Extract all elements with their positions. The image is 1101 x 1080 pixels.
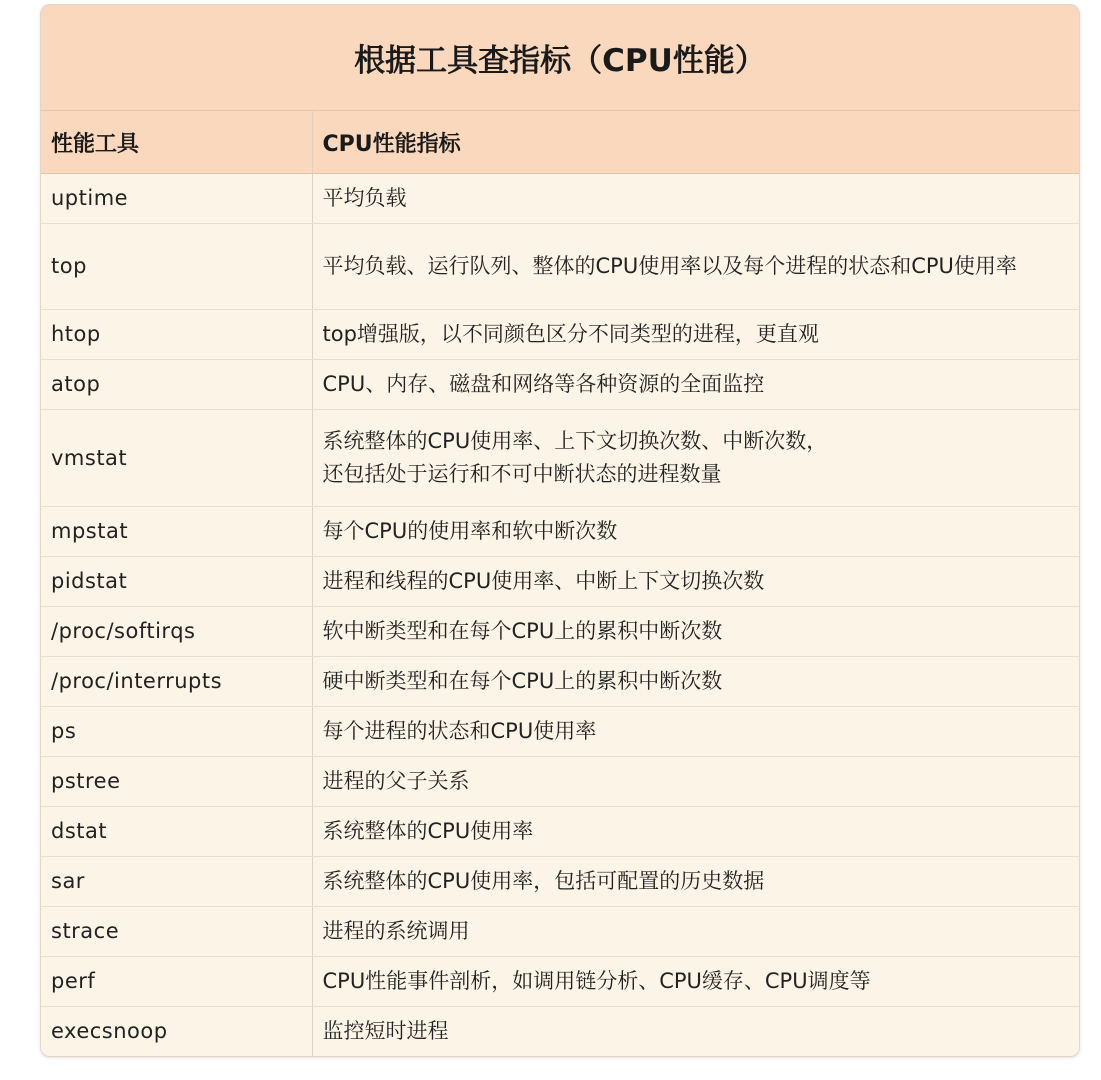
table-row: pstree进程的父子关系: [41, 757, 1079, 807]
table-row: /proc/interrupts硬中断类型和在每个CPU上的累积中断次数: [41, 657, 1079, 707]
metric-cell: 进程的系统调用: [312, 907, 1079, 957]
metric-cell: 监控短时进程: [312, 1007, 1079, 1057]
column-header-tool: 性能工具: [41, 111, 312, 174]
tool-name-cell: execsnoop: [41, 1007, 312, 1057]
table-row: atopCPU、内存、磁盘和网络等各种资源的全面监控: [41, 360, 1079, 410]
header-row: 性能工具 CPU性能指标: [41, 111, 1079, 174]
table-row: execsnoop监控短时进程: [41, 1007, 1079, 1057]
metric-cell: 每个进程的状态和CPU使用率: [312, 707, 1079, 757]
tool-name-cell: /proc/interrupts: [41, 657, 312, 707]
metric-cell: 系统整体的CPU使用率、上下文切换次数、中断次数， 还包括处于运行和不可中断状态…: [312, 410, 1079, 507]
cpu-tools-table: 性能工具 CPU性能指标 uptime平均负载top平均负载、运行队列、整体的C…: [41, 111, 1079, 1056]
table-row: vmstat系统整体的CPU使用率、上下文切换次数、中断次数， 还包括处于运行和…: [41, 410, 1079, 507]
table-row: htoptop增强版，以不同颜色区分不同类型的进程，更直观: [41, 310, 1079, 360]
tool-name-cell: ps: [41, 707, 312, 757]
table-row: mpstat每个CPU的使用率和软中断次数: [41, 507, 1079, 557]
metric-cell: 平均负载、运行队列、整体的CPU使用率以及每个进程的状态和CPU使用率: [312, 224, 1079, 310]
tool-name-cell: vmstat: [41, 410, 312, 507]
tool-name-cell: dstat: [41, 807, 312, 857]
metric-cell: 每个CPU的使用率和软中断次数: [312, 507, 1079, 557]
metric-cell: 进程的父子关系: [312, 757, 1079, 807]
metric-cell: CPU、内存、磁盘和网络等各种资源的全面监控: [312, 360, 1079, 410]
cpu-tools-table-card: 根据工具查指标（CPU性能） 性能工具 CPU性能指标 uptime平均负载to…: [40, 4, 1080, 1057]
table-row: uptime平均负载: [41, 174, 1079, 224]
column-header-metric: CPU性能指标: [312, 111, 1079, 174]
tool-name-cell: sar: [41, 857, 312, 907]
tool-name-cell: mpstat: [41, 507, 312, 557]
tool-name-cell: top: [41, 224, 312, 310]
tool-name-cell: perf: [41, 957, 312, 1007]
metric-cell: top增强版，以不同颜色区分不同类型的进程，更直观: [312, 310, 1079, 360]
metric-cell: 硬中断类型和在每个CPU上的累积中断次数: [312, 657, 1079, 707]
table-row: pidstat进程和线程的CPU使用率、中断上下文切换次数: [41, 557, 1079, 607]
metric-cell: CPU性能事件剖析，如调用链分析、CPU缓存、CPU调度等: [312, 957, 1079, 1007]
table-row: dstat系统整体的CPU使用率: [41, 807, 1079, 857]
tool-name-cell: /proc/softirqs: [41, 607, 312, 657]
table-row: strace进程的系统调用: [41, 907, 1079, 957]
table-row: sar系统整体的CPU使用率，包括可配置的历史数据: [41, 857, 1079, 907]
metric-cell: 系统整体的CPU使用率，包括可配置的历史数据: [312, 857, 1079, 907]
tool-name-cell: atop: [41, 360, 312, 410]
table-body: uptime平均负载top平均负载、运行队列、整体的CPU使用率以及每个进程的状…: [41, 174, 1079, 1057]
tool-name-cell: pidstat: [41, 557, 312, 607]
tool-name-cell: htop: [41, 310, 312, 360]
tool-name-cell: strace: [41, 907, 312, 957]
table-title: 根据工具查指标（CPU性能）: [41, 5, 1079, 111]
tool-name-cell: uptime: [41, 174, 312, 224]
metric-cell: 系统整体的CPU使用率: [312, 807, 1079, 857]
tool-name-cell: pstree: [41, 757, 312, 807]
table-row: ps每个进程的状态和CPU使用率: [41, 707, 1079, 757]
table-row: perfCPU性能事件剖析，如调用链分析、CPU缓存、CPU调度等: [41, 957, 1079, 1007]
metric-cell: 平均负载: [312, 174, 1079, 224]
metric-cell: 进程和线程的CPU使用率、中断上下文切换次数: [312, 557, 1079, 607]
table-row: /proc/softirqs软中断类型和在每个CPU上的累积中断次数: [41, 607, 1079, 657]
table-row: top平均负载、运行队列、整体的CPU使用率以及每个进程的状态和CPU使用率: [41, 224, 1079, 310]
metric-cell: 软中断类型和在每个CPU上的累积中断次数: [312, 607, 1079, 657]
